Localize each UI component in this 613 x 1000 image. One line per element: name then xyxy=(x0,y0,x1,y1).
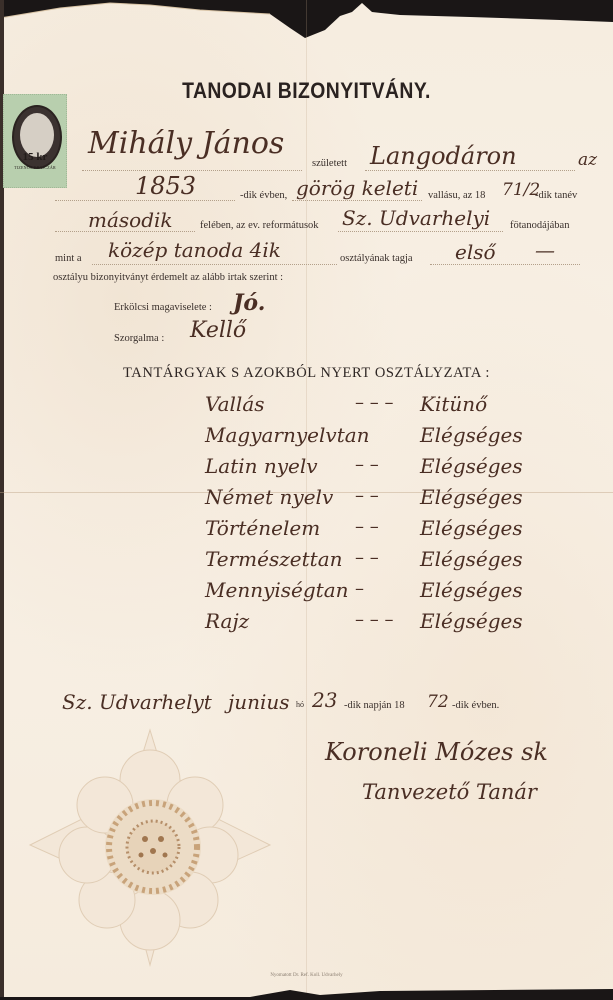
as-label: mint a xyxy=(55,253,82,264)
date-year: 72 xyxy=(427,692,449,712)
subject-name: Rajz xyxy=(205,609,249,633)
stamp-value: 15 kr xyxy=(4,151,66,163)
printer-imprint: Nyomatott Dr. Ref. Koll. Udvarhely xyxy=(0,973,613,978)
subject-grade: Elégséges xyxy=(420,609,523,633)
school-label: fötanodájában xyxy=(510,220,569,231)
student-name: Mihály János xyxy=(88,126,284,161)
school-class: közép tanoda 4ik xyxy=(108,238,281,262)
subject-name: Vallás xyxy=(205,392,265,416)
born-label: született xyxy=(312,158,347,169)
date-month: junius xyxy=(228,690,290,714)
revenue-stamp: 15 kr TIZENÖT KRAJCZÁR xyxy=(3,94,67,188)
embossed-seal-icon xyxy=(25,725,275,970)
rank: első xyxy=(455,240,496,264)
dotted-line xyxy=(82,170,302,171)
date-place: Sz. Udvarhelyt xyxy=(62,690,212,714)
semester-label: felében, az ev. reformátusok xyxy=(200,220,319,231)
dotted-line xyxy=(55,200,235,201)
dotted-line xyxy=(365,170,575,171)
subject-dashes: – – xyxy=(355,485,379,506)
subject-name: Német nyelv xyxy=(205,485,333,509)
subject-row: Mennyiségtan – Elégséges xyxy=(205,578,605,609)
certificate-paper: TANODAI BIZONYITVÁNY. 15 kr TIZENÖT KRAJ… xyxy=(0,0,613,1000)
subject-row: Történelem – – Elégséges xyxy=(205,516,605,547)
subject-row: Latin nyelv – – Elégséges xyxy=(205,454,605,485)
subject-row: Rajz – – – Elégséges xyxy=(205,609,605,640)
dotted-line xyxy=(430,264,580,265)
subject-row: Magyarnyelvtan Elégséges xyxy=(205,423,605,454)
diligence-label: Szorgalma : xyxy=(114,333,164,344)
religion-label: vallásu, az 18 xyxy=(428,190,485,201)
subject-grade: Kitünő xyxy=(420,392,487,416)
subject-row: Német nyelv – – Elégséges xyxy=(205,485,605,516)
school-year-label: -dik tanév xyxy=(535,190,577,201)
subject-grade: Elégséges xyxy=(420,516,523,540)
subjects-list: Vallás – – – Kitünő Magyarnyelvtan Elégs… xyxy=(205,392,605,640)
subject-name: Latin nyelv xyxy=(205,454,318,478)
birthplace: Langodáron xyxy=(370,142,517,170)
date-day: 23 xyxy=(312,688,337,712)
subject-grade: Elégséges xyxy=(420,485,523,509)
rank-dash: — xyxy=(535,238,555,262)
subject-grade: Elégséges xyxy=(420,454,523,478)
birth-year: 1853 xyxy=(135,172,196,200)
diligence-value: Kellő xyxy=(190,318,246,343)
subject-dashes: – – xyxy=(355,454,379,475)
religion: görög keleti xyxy=(296,176,418,200)
document-title: TANODAI BIZONYITVÁNY. xyxy=(37,78,576,104)
subject-name: Magyarnyelvtan xyxy=(205,423,370,447)
subject-dashes: – – – xyxy=(355,609,393,630)
subject-name: Történelem xyxy=(205,516,320,540)
signature-name: Koroneli Mózes sk xyxy=(325,738,548,766)
year-label: -dik évben. xyxy=(452,700,499,711)
semester: második xyxy=(88,208,173,232)
month-label: hó xyxy=(296,700,304,709)
day-label: -dik napján 18 xyxy=(344,700,405,711)
subject-grade: Elégséges xyxy=(420,423,523,447)
dotted-line xyxy=(292,200,422,201)
class-label: osztályának tagja xyxy=(340,253,413,264)
school-place: Sz. Udvarhelyi xyxy=(342,206,490,230)
subject-name: Mennyiségtan xyxy=(205,578,349,602)
subject-name: Természettan xyxy=(205,547,343,571)
subject-dashes: – – – xyxy=(355,392,393,413)
dotted-line xyxy=(338,231,503,232)
certificate-label: osztályu bizonyitványt érdemelt az alább… xyxy=(53,272,283,283)
stamp-legend: TIZENÖT KRAJCZÁR xyxy=(4,165,66,170)
subject-dashes: – xyxy=(355,578,364,599)
year-label: -dik évben, xyxy=(240,190,287,201)
birthplace-suffix: az xyxy=(578,150,597,170)
subject-grade: Elégséges xyxy=(420,547,523,571)
conduct-label: Erkölcsi magaviselete : xyxy=(114,302,212,313)
subject-row: Vallás – – – Kitünő xyxy=(205,392,605,423)
subject-dashes: – – xyxy=(355,547,379,568)
subject-grade: Elégséges xyxy=(420,578,523,602)
torn-bottom-edge xyxy=(0,985,613,1000)
dotted-line xyxy=(92,264,337,265)
subject-row: Természettan – – Elégséges xyxy=(205,547,605,578)
signature-role: Tanvezető Tanár xyxy=(362,780,537,804)
conduct-value: Jó. xyxy=(233,290,265,316)
subject-dashes: – – xyxy=(355,516,379,537)
subjects-title: TANTÁRGYAK S AZOKBÓL NYERT OSZTÁLYZATA : xyxy=(0,365,613,382)
